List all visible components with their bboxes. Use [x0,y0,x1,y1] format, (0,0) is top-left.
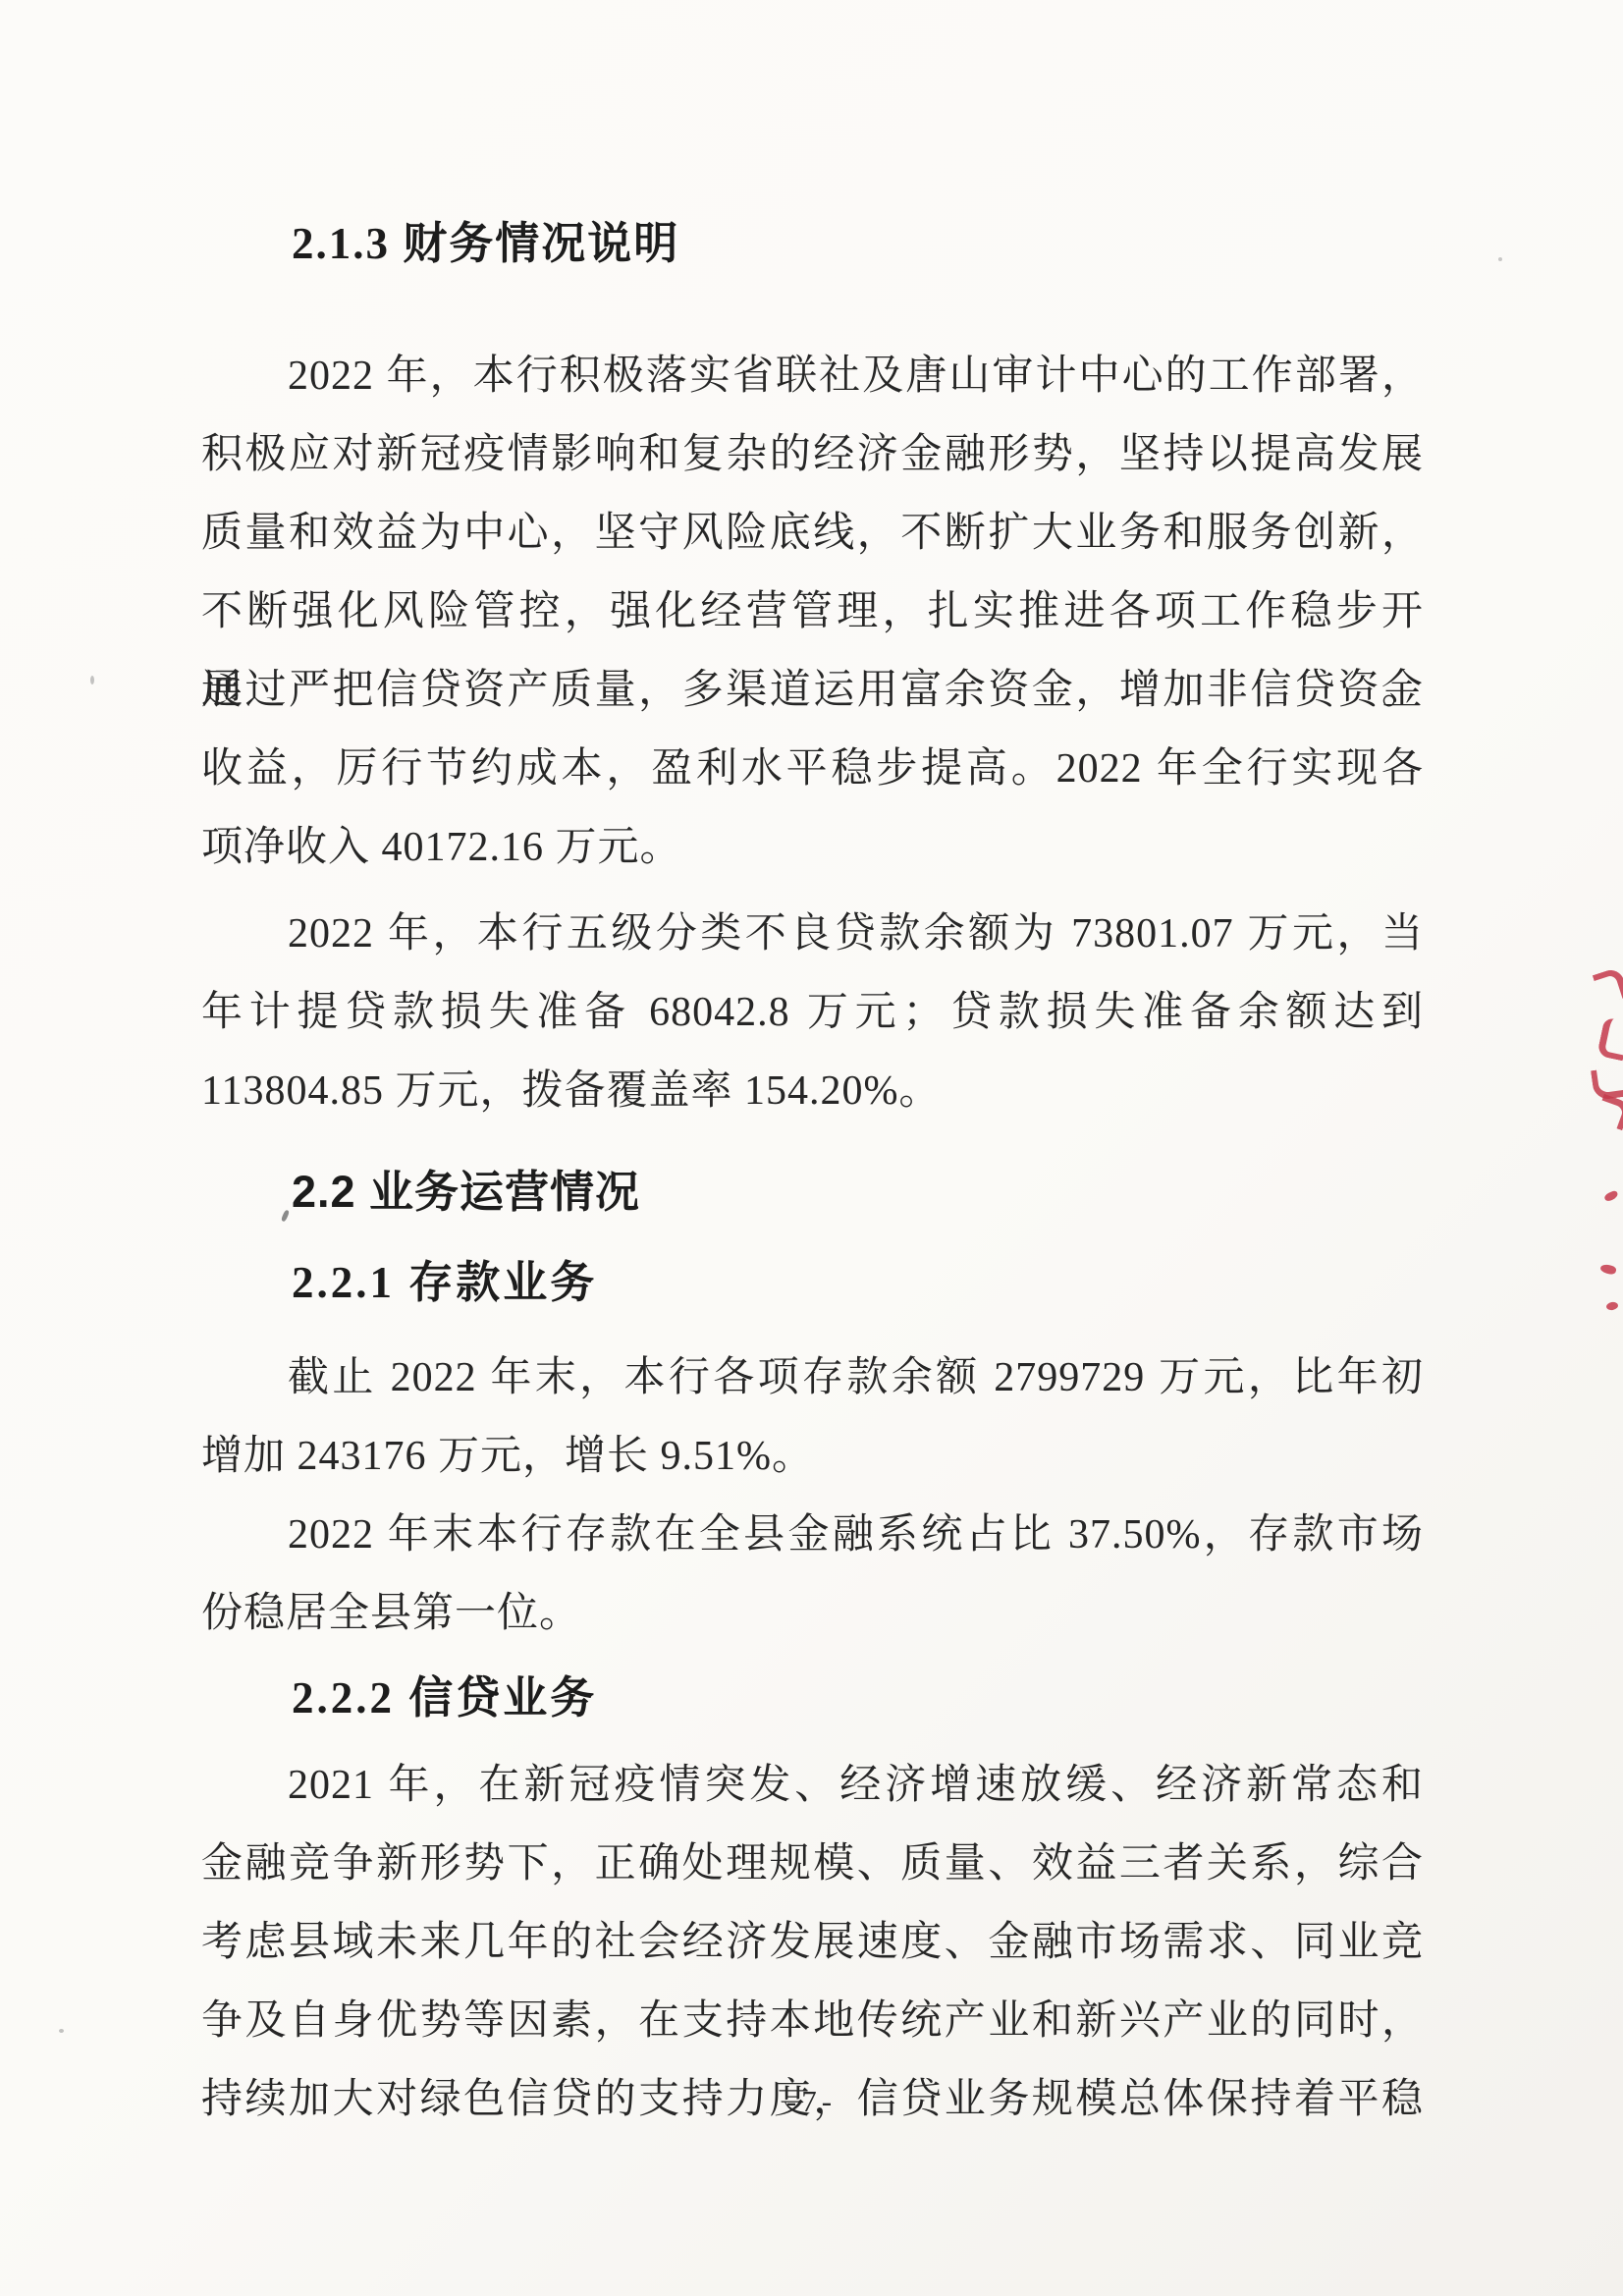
document-page: 2.1.3 财务情况说明 2022 年，本行积极落实省联社及唐山审计中心的工作部… [0,0,1623,2296]
section-heading-2-2: 2.2 业务运营情况 [292,1150,1424,1233]
section-heading-2-1-3: 2.1.3 财务情况说明 [292,202,1424,286]
paragraph-line: 2022 年，本行积极落实省联社及唐山审计中心的工作部署， [201,337,1424,415]
paragraph-line: 2021 年，在新冠疫情突发、经济增速放缓、经济新常态和 [201,1746,1424,1825]
paragraph-credit-business: 2021 年，在新冠疫情突发、经济增速放缓、经济新常态和 金融竞争新形势下，正确… [201,1746,1424,2139]
paragraph-line: 2022 年，本行五级分类不良贷款余额为 73801.07 万元，当 [201,895,1424,973]
page-number: -7- [0,2084,1623,2119]
paragraph-line: 不断强化风险管控，强化经营管理，扎实推进各项工作稳步开展。 [201,573,1424,651]
red-ink-artifact [1595,1094,1623,1131]
section-heading-2-2-1: 2.2.1 存款业务 [292,1241,1424,1325]
paragraph-line: 份稳居全县第一位。 [201,1574,1424,1653]
paragraph-line: 争及自身优势等因素，在支持本地传统产业和新兴产业的同时， [201,1982,1424,2060]
scan-speck [59,2029,64,2033]
red-ink-artifact [1603,1189,1619,1202]
scan-speck [1498,257,1502,261]
red-ink-artifact [1596,1017,1623,1062]
paragraph-line: 收益，厉行节约成本，盈利水平稳步提高。2022 年全行实现各 [201,730,1424,808]
section-heading-2-2-2: 2.2.2 信贷业务 [292,1657,1424,1740]
red-ink-artifact [1605,1301,1618,1311]
paragraph-line: 积极应对新冠疫情影响和复杂的经济金融形势，坚持以提高发展 [201,415,1424,494]
paragraph-line: 年计提贷款损失准备 68042.8 万元；贷款损失准备余额达到 [201,973,1424,1052]
paragraph-line: 质量和效益为中心，坚守风险底线，不断扩大业务和服务创新， [201,494,1424,573]
paragraph-npl-provisions: 2022 年，本行五级分类不良贷款余额为 73801.07 万元，当 年计提贷款… [201,895,1424,1130]
scan-speck [90,676,94,684]
paragraph-line: 通过严把信贷资产质量，多渠道运用富余资金，增加非信贷资金 [201,651,1424,730]
red-ink-artifact [1593,966,1623,1005]
paragraph-line: 项净收入 40172.16 万元。 [201,808,1424,887]
paragraph-deposit-balance: 截止 2022 年末，本行各项存款余额 2799729 万元，比年初 增加 24… [201,1339,1424,1496]
paragraph-line: 增加 243176 万元，增长 9.51%。 [201,1417,1424,1496]
paragraph-line: 2022 年末本行存款在全县金融系统占比 37.50%，存款市场 [201,1496,1424,1574]
paragraph-line: 考虑县域未来几年的社会经济发展速度、金融市场需求、同业竞 [201,1903,1424,1982]
paragraph-line: 113804.85 万元，拨备覆盖率 154.20%。 [201,1052,1424,1130]
paragraph-line: 截止 2022 年末，本行各项存款余额 2799729 万元，比年初 [201,1339,1424,1417]
page-content: 2.1.3 财务情况说明 2022 年，本行积极落实省联社及唐山审计中心的工作部… [201,0,1424,2139]
paragraph-line: 金融竞争新形势下，正确处理规模、质量、效益三者关系，综合 [201,1825,1424,1903]
paragraph-financial-overview: 2022 年，本行积极落实省联社及唐山审计中心的工作部署， 积极应对新冠疫情影响… [201,337,1424,887]
paragraph-deposit-market-share: 2022 年末本行存款在全县金融系统占比 37.50%，存款市场 份稳居全县第一… [201,1496,1424,1653]
red-ink-artifact [1599,1263,1617,1276]
